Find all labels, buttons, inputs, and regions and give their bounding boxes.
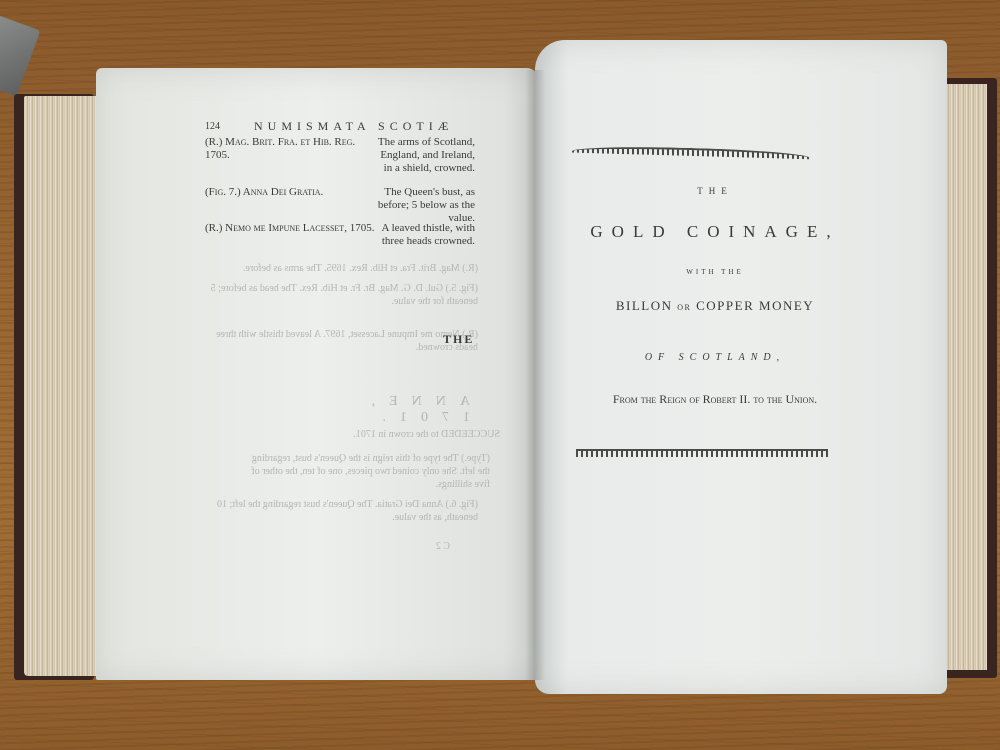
ornamental-rule-bottom: [576, 449, 828, 457]
title-billon-copper: BILLON OR COPPER MONEY: [560, 298, 870, 314]
bleed-through-text: (Type.) The type of this reign is the Qu…: [250, 452, 490, 491]
title-copper-money: COPPER MONEY: [696, 298, 814, 313]
bleed-through-text: SUCCEEDED to the crown in 1701.: [300, 428, 500, 441]
title-gold-coinage: GOLD COINAGE,: [560, 222, 870, 242]
entry-legend: (R.) Nemo me Impune Lacesset, 1705.: [205, 222, 375, 248]
bleed-through-heading: ANNE, 1701.: [270, 394, 470, 426]
bleed-through-text: (Fig. 5.) Gul. D. G. Mag. Br. Fr. et Hib…: [208, 282, 478, 308]
entry-description: The arms of Scotland, England, and Irela…: [375, 136, 475, 175]
title-billon: BILLON: [616, 298, 673, 313]
title-of-scotland: OF SCOTLAND,: [560, 352, 870, 363]
coin-entry: (R.) Mag. Brit. Fra. et Hib. Reg. 1705. …: [205, 136, 475, 175]
title-line-the: THE: [560, 186, 870, 196]
coin-entry: (Fig. 7.) Anna Dei Gratia. The Queen's b…: [205, 186, 475, 225]
entry-legend: (R.) Mag. Brit. Fra. et Hib. Reg. 1705.: [205, 136, 375, 175]
running-header: 124 NUMISMATA SCOTIÆ: [205, 120, 475, 133]
bleed-through-text: (R.) Nemo me Impune Lacesset, 1697. A le…: [208, 328, 478, 354]
page-number: 124: [205, 120, 220, 133]
title-reign-range: From the Reign of Robert II. to the Unio…: [560, 392, 870, 407]
bleed-through-signature: C 2: [210, 540, 450, 553]
catchword: THE: [443, 332, 474, 347]
page-edges-left: [24, 96, 104, 676]
bleed-through-text: (R.) Mag. Brit. Fra. et Hib. Rex. 1695. …: [208, 262, 478, 275]
right-page: [535, 40, 947, 694]
bleed-through-text: (Fig. 6.) Anna Dei Gratia. The Queen's b…: [208, 498, 478, 524]
entry-legend: (Fig. 7.) Anna Dei Gratia.: [205, 186, 375, 225]
entry-description: A leaved thistle, with three heads crown…: [375, 222, 475, 248]
coin-entry: (R.) Nemo me Impune Lacesset, 1705. A le…: [205, 222, 475, 248]
title-with-the: WITH THE: [560, 268, 870, 276]
book-gutter: [525, 70, 545, 680]
title-or: OR: [677, 303, 691, 312]
running-head-title: NUMISMATA SCOTIÆ: [254, 120, 453, 133]
entry-description: The Queen's bust, as before; 5 below as …: [375, 186, 475, 225]
